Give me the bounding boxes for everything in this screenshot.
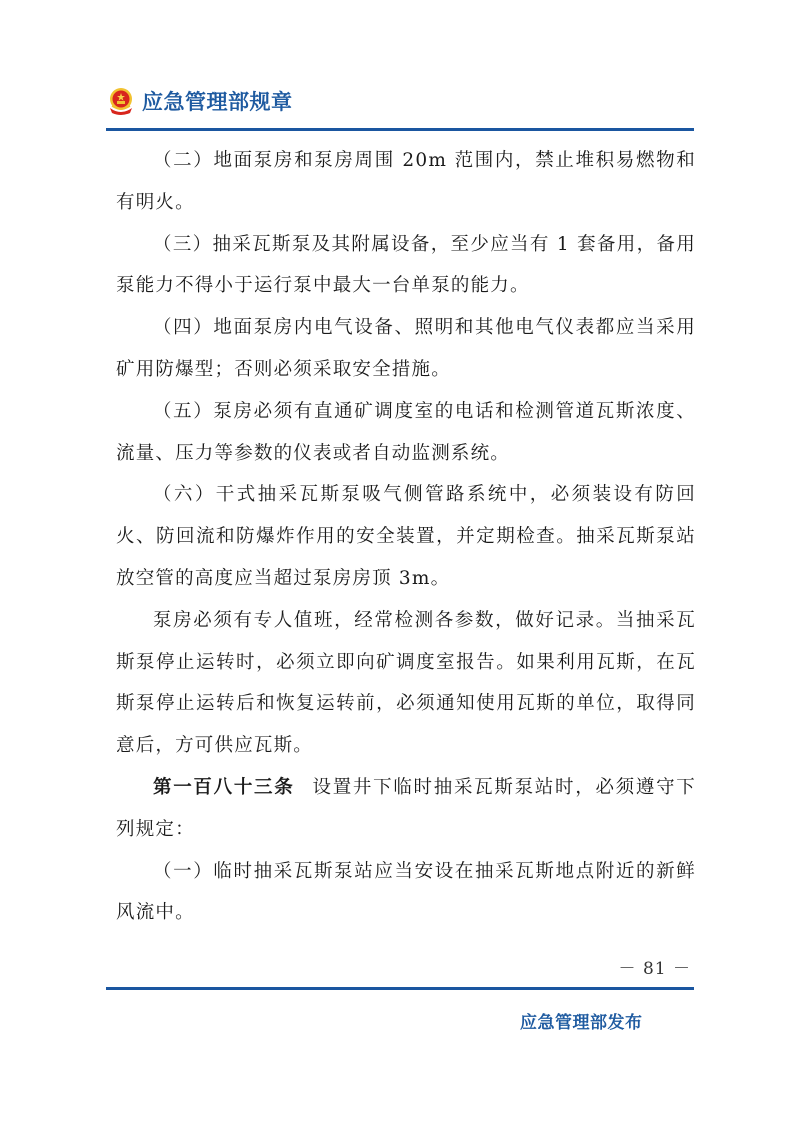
paragraph-item-4: （四）地面泵房内电气设备、照明和其他电气仪表都应当采用矿用防爆型；否则必须采取安… [116, 307, 696, 391]
paragraph-item-3: （三）抽采瓦斯泵及其附属设备，至少应当有 1 套备用，备用泵能力不得小于运行泵中… [116, 224, 696, 308]
article-183-item-1: （一）临时抽采瓦斯泵站应当安设在抽采瓦斯地点附近的新鲜风流中。 [116, 851, 696, 935]
paragraph-item-6: （六）干式抽采瓦斯泵吸气侧管路系统中，必须装设有防回火、防回流和防爆炸作用的安全… [116, 474, 696, 599]
article-number: 第一百八十三条 [153, 777, 294, 798]
national-emblem-icon [106, 86, 136, 116]
header-title: 应急管理部规章 [142, 86, 293, 116]
footer-divider [106, 987, 694, 990]
page-header: 应急管理部规章 [106, 84, 293, 118]
paragraph-pump-duty: 泵房必须有专人值班，经常检测各参数，做好记录。当抽采瓦斯泵停止运转时，必须立即向… [116, 600, 696, 767]
page-number: － 81 － [619, 954, 691, 979]
paragraph-item-2: （二）地面泵房和泵房周围 20m 范围内，禁止堆积易燃物和有明火。 [116, 140, 696, 224]
document-body: （二）地面泵房和泵房周围 20m 范围内，禁止堆积易燃物和有明火。 （三）抽采瓦… [116, 140, 696, 934]
publisher-label: 应急管理部发布 [520, 1008, 643, 1033]
article-183: 第一百八十三条设置井下临时抽采瓦斯泵站时，必须遵守下列规定： [116, 767, 696, 851]
header-divider [106, 128, 694, 131]
paragraph-item-5: （五）泵房必须有直通矿调度室的电话和检测管道瓦斯浓度、流量、压力等参数的仪表或者… [116, 391, 696, 475]
